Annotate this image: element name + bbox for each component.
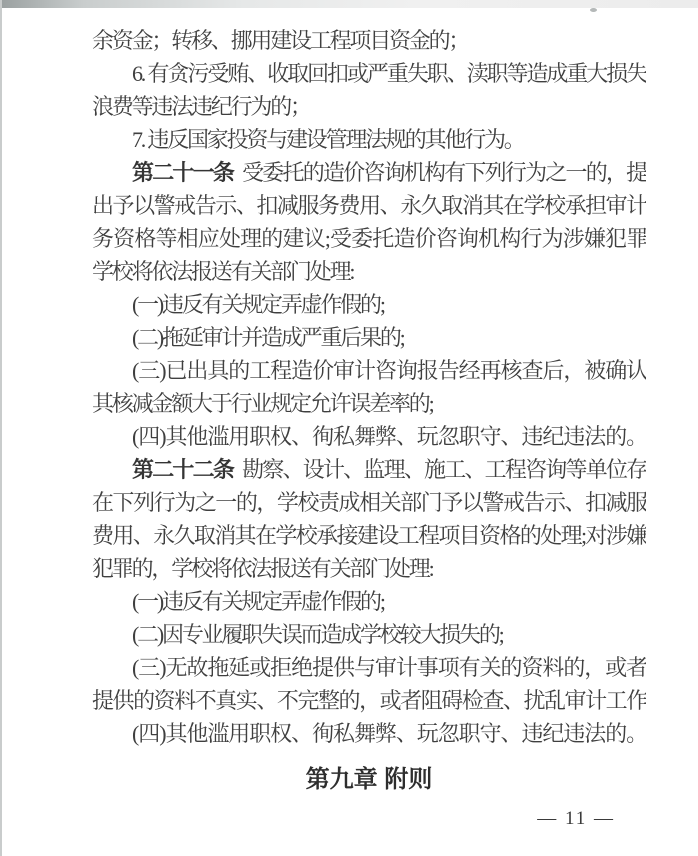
document-line: 余资金；转移、挪用建设工程项目资金的； [92,24,646,57]
page-number: — 11 — [92,808,646,830]
line-text: 7. 违反国家投资与建设管理法规的其他行为。 [132,127,524,152]
line-text: 余资金；转移、挪用建设工程项目资金的； [92,28,468,53]
document-line: 犯罪的，学校将依法报送有关部门处理: [92,552,646,585]
line-text: (四)其他滥用职权、徇私舞弊、玩忽职守、违纪违法的。 [132,424,646,449]
document-line: 第二十一条受委托的造价咨询机构有下列行为之一的，提 [92,156,646,189]
line-text: 提供的资料不真实、不完整的，或者阻碍检查、扰乱审计工作的; [92,688,646,717]
document-line: 其核减金额大于行业规定允许误差率的; [92,387,646,420]
document-line: (三)已出具的工程造价审计咨询报告经再核查后，被确认 [92,354,646,387]
document-line: (四)其他滥用职权、徇私舞弊、玩忽职守、违纪违法的。 [92,717,646,750]
line-text: (三)无故拖延或拒绝提供与审计事项有关的资料的，或者 [132,655,646,680]
line-text: (二)拖延审计并造成严重后果的; [132,325,404,350]
line-text: 受委托的造价咨询机构有下列行为之一的，提 [242,160,646,185]
line-text: (三)已出具的工程造价审计咨询报告经再核查后，被确认 [132,358,646,383]
article-number: 第二十二条 [132,457,233,482]
line-text: 费用、永久取消其在学校承接建设工程项目资格的处理;对涉嫌 [92,523,646,548]
line-text: 浪费等违法违纪行为的； [92,94,310,119]
line-text: 在下列行为之一的，学校责成相关部门予以警戒告示、扣减服务 [92,490,646,519]
document-line: 费用、永久取消其在学校承接建设工程项目资格的处理;对涉嫌 [92,519,646,552]
document-body: 余资金；转移、挪用建设工程项目资金的； 6. 有贪污受贿、收取回扣或严重失职、渎… [92,24,646,830]
scan-edge-left [0,0,2,856]
line-text: 其核减金额大于行业规定允许误差率的; [92,391,433,416]
line-text: 勘察、设计、监理、施工、工程咨询等单位存 [242,457,646,482]
chapter-heading: 第九章 附则 [92,763,646,797]
document-line: 浪费等违法违纪行为的； [92,90,646,123]
document-line: (四)其他滥用职权、徇私舞弊、玩忽职守、违纪违法的。 [92,420,646,453]
line-text: 犯罪的，学校将依法报送有关部门处理: [92,556,433,581]
document-line: 务资格等相应处理的建议;受委托造价咨询机构行为涉嫌犯罪的， [92,222,646,255]
document-line: (一)违反有关规定弄虚作假的; [92,288,646,321]
document-page: 余资金；转移、挪用建设工程项目资金的； 6. 有贪污受贿、收取回扣或严重失职、渎… [0,0,698,856]
document-line: (一)违反有关规定弄虚作假的; [92,585,646,618]
document-line: 6. 有贪污受贿、收取回扣或严重失职、渎职等造成重大损失 [92,57,646,90]
document-line: (二)拖延审计并造成严重后果的; [92,321,646,354]
document-line: 学校将依法报送有关部门处理: [92,255,646,288]
document-line: 在下列行为之一的，学校责成相关部门予以警戒告示、扣减服务 [92,486,646,519]
document-line: 出予以警戒告示、扣减服务费用、永久取消其在学校承担审计任 [92,189,646,222]
line-text: (一)违反有关规定弄虚作假的; [132,292,384,317]
line-text: (四)其他滥用职权、徇私舞弊、玩忽职守、违纪违法的。 [132,721,646,746]
line-text: 6. 有贪污受贿、收取回扣或严重失职、渎职等造成重大损失 [132,61,646,86]
scan-speck [590,8,597,12]
document-line: 提供的资料不真实、不完整的，或者阻碍检查、扰乱审计工作的; [92,684,646,717]
document-line: (二)因专业履职失误而造成学校较大损失的; [92,618,646,651]
line-text: 出予以警戒告示、扣减服务费用、永久取消其在学校承担审计任 [92,193,646,222]
line-text: (二)因专业履职失误而造成学校较大损失的; [132,622,503,647]
document-line: 第二十二条勘察、设计、监理、施工、工程咨询等单位存 [92,453,646,486]
line-text: (一)违反有关规定弄虚作假的; [132,589,384,614]
document-line: 7. 违反国家投资与建设管理法规的其他行为。 [92,123,646,156]
article-number: 第二十一条 [132,160,233,185]
document-line: (三)无故拖延或拒绝提供与审计事项有关的资料的，或者 [92,651,646,684]
line-text: 务资格等相应处理的建议;受委托造价咨询机构行为涉嫌犯罪的， [92,226,646,255]
scan-edge-top [0,0,698,8]
line-text: 学校将依法报送有关部门处理: [92,259,353,284]
